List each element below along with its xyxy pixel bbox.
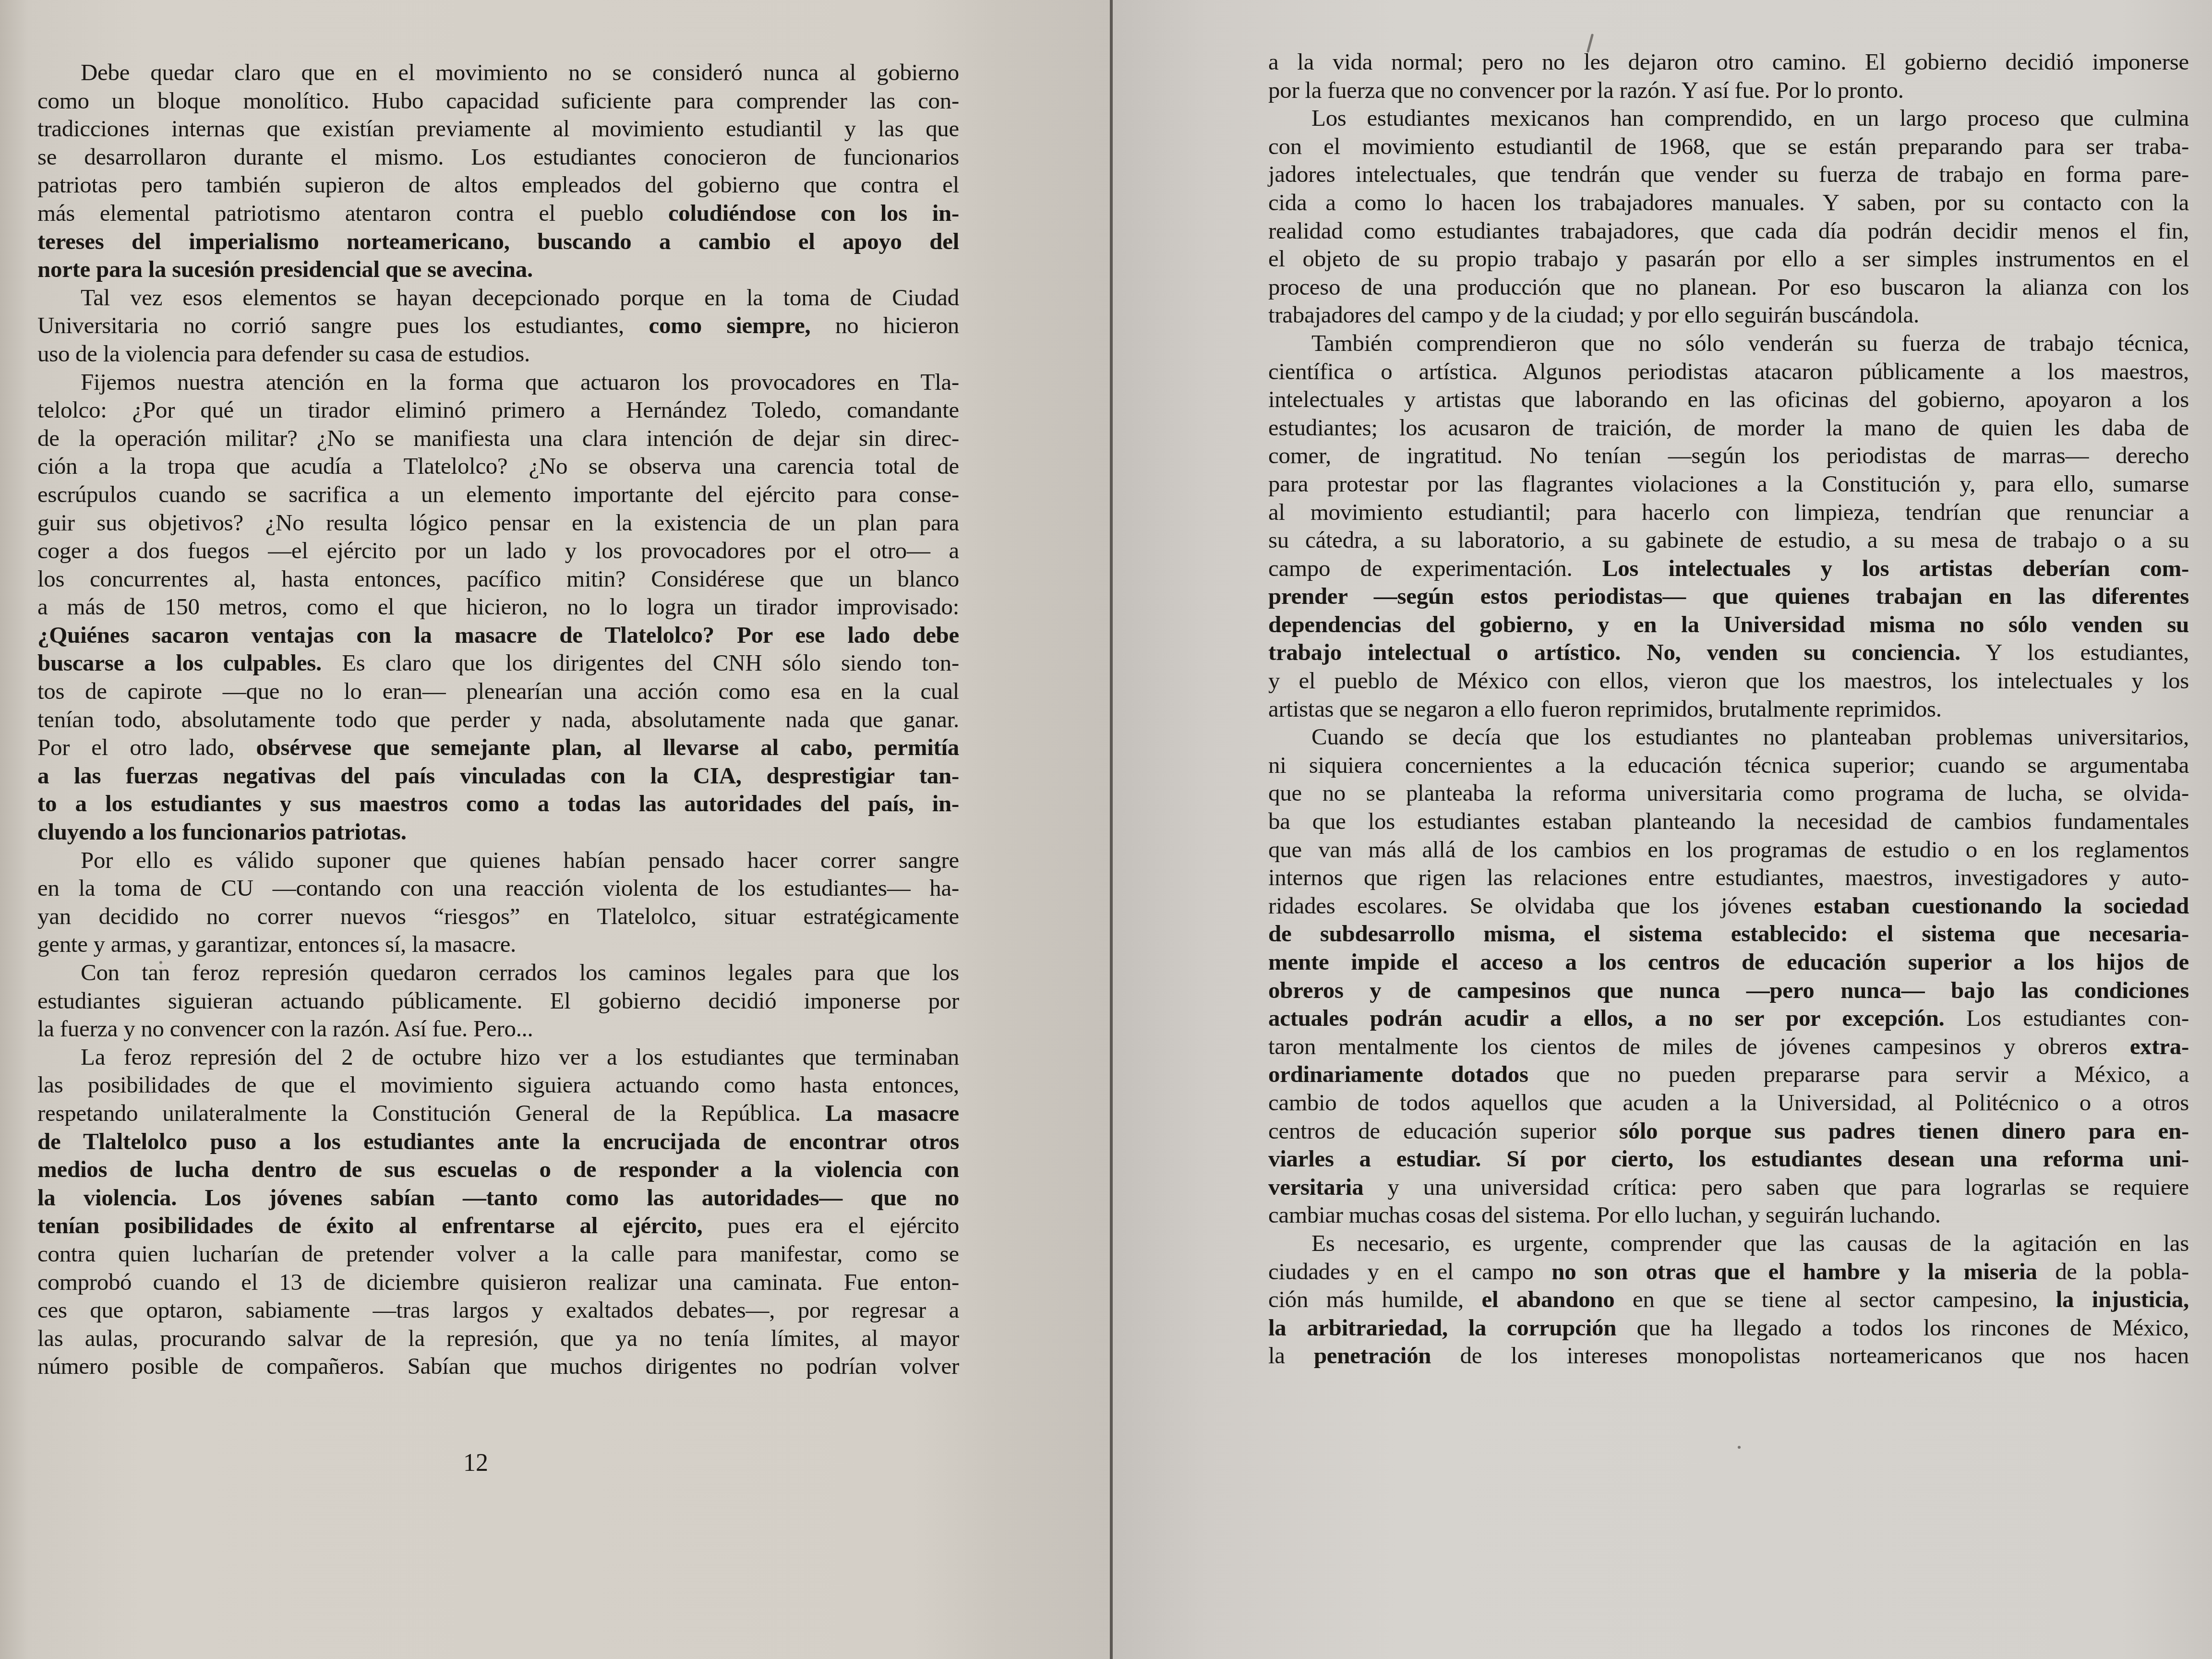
text-run: realidad como estudiantes trabajadores, … <box>1268 217 2189 244</box>
text-run: no hicieron <box>810 312 959 338</box>
bold-text-run: de subdesarrollo misma, el sistema estab… <box>1268 920 2189 947</box>
text-line: proceso de una producción que no planean… <box>1268 273 2189 301</box>
bold-text-run: tenían posibilidades de éxito al enfrent… <box>37 1212 702 1238</box>
text-line: más elemental patriotismo atentaron cont… <box>37 199 959 228</box>
text-line: cambiar muchas cosas del sistema. Por el… <box>1268 1201 2189 1229</box>
text-line: de Tlaltelolco puso a los estudiantes an… <box>37 1128 959 1156</box>
text-run: estudiantes siguieran actuando públicame… <box>37 987 959 1014</box>
text-line: telolco: ¿Por qué un tirador eliminó pri… <box>37 396 959 424</box>
text-run: Cuando se decía que los estudiantes no p… <box>1311 723 2189 750</box>
text-line: medios de lucha dentro de sus escuelas o… <box>37 1155 959 1184</box>
text-line: la violencia. Los jóvenes sabían —tanto … <box>37 1184 959 1212</box>
text-line: realidad como estudiantes trabajadores, … <box>1268 217 2189 245</box>
text-run: con el movimiento estudiantil de 1968, q… <box>1268 133 2189 159</box>
text-run: ridades escolares. Se olvidaba que los j… <box>1268 892 1814 919</box>
text-run: Es claro que los dirigentes del CNH sólo… <box>322 649 959 676</box>
text-line: taron mentalmente los cientos de miles d… <box>1268 1033 2189 1061</box>
bold-text-run: ordinariamente dotados <box>1268 1061 1528 1087</box>
text-run: al movimiento estudiantil; para hacerlo … <box>1268 499 2189 525</box>
text-run: más elemental patriotismo atentaron cont… <box>37 200 668 226</box>
text-run: escrúpulos cuando se sacrifica a un elem… <box>37 481 959 507</box>
text-run: la fuerza y no convencer con la razón. A… <box>37 1015 533 1042</box>
text-run: número posible de compañeros. Sabían que… <box>37 1353 959 1379</box>
text-line: ces que optaron, sabiamente —tras largos… <box>37 1296 959 1324</box>
text-run: La feroz represión del 2 de octubre hizo… <box>81 1044 959 1070</box>
text-line: Fijemos nuestra atención en la forma que… <box>37 368 959 397</box>
text-line: cida a como lo hacen los trabajadores ma… <box>1268 189 2189 217</box>
text-run: Y los estudiantes, <box>1960 639 2189 665</box>
text-line: ordinariamente dotados que no pueden pre… <box>1268 1060 2189 1089</box>
bold-text-run: obsérvese que semejante plan, al llevars… <box>256 734 959 760</box>
text-line: patriotas pero también supieron de altos… <box>37 171 959 199</box>
text-line: tenían todo, absolutamente todo que perd… <box>37 706 959 734</box>
text-line: viarles a estudiar. Sí por cierto, los e… <box>1268 1145 2189 1173</box>
text-line: to a los estudiantes y sus maestros como… <box>37 790 959 818</box>
bold-text-run: no son otras que el hambre y la miseria <box>1551 1258 2037 1285</box>
text-run: internos que rigen las relaciones entre … <box>1268 864 2189 890</box>
text-run: de los intereses monopolistas norteameri… <box>1431 1342 2189 1369</box>
text-line: número posible de compañeros. Sabían que… <box>37 1352 959 1381</box>
text-line: ba que los estudiantes estaban planteand… <box>1268 807 2189 836</box>
bold-text-run: como siempre, <box>649 312 811 338</box>
text-line: mente impide el acceso a los centros de … <box>1268 948 2189 976</box>
text-line: La feroz represión del 2 de octubre hizo… <box>37 1043 959 1071</box>
text-run: la <box>1268 1342 1314 1369</box>
bold-text-run: to a los estudiantes y sus maestros como… <box>37 790 959 817</box>
text-run: y una universidad crítica: pero saben qu… <box>1363 1174 2189 1200</box>
text-line: estudiantes siguieran actuando públicame… <box>37 987 959 1015</box>
text-run: trabajadores del campo y de la ciudad; y… <box>1268 301 1919 328</box>
text-line: guir sus objetivos? ¿No resulta lógico p… <box>37 509 959 537</box>
text-line: intelectuales y artistas que laborando e… <box>1268 385 2189 414</box>
text-line: científica o artística. Algunos periodis… <box>1268 358 2189 386</box>
text-line: estudiantes; los acusaron de traición, d… <box>1268 414 2189 442</box>
text-line: ni siquiera concernientes a la educación… <box>1268 751 2189 780</box>
text-run: para protestar por las flagrantes violac… <box>1268 470 2189 497</box>
text-line: trabajadores del campo y de la ciudad; y… <box>1268 301 2189 329</box>
text-run: cida a como lo hacen los trabajadores ma… <box>1268 189 2189 216</box>
text-run: los concurrentes al, hasta entonces, pac… <box>37 565 959 592</box>
page-number-left: 12 <box>463 1449 488 1477</box>
text-run: tos de capirote —que no lo eran— plenear… <box>37 678 959 704</box>
text-run: científica o artística. Algunos periodis… <box>1268 358 2189 385</box>
bold-text-run: cluyendo a los funcionarios patriotas. <box>37 818 407 845</box>
book-gutter <box>1110 0 1113 1659</box>
text-line: que van más allá de los cambios en los p… <box>1268 836 2189 864</box>
text-line: ción más humilde, el abandono en que se … <box>1268 1286 2189 1314</box>
text-run: proceso de una producción que no planean… <box>1268 274 2189 300</box>
text-line: Los estudiantes mexicanos han comprendid… <box>1268 104 2189 132</box>
text-line: Por ello es válido suponer que quienes h… <box>37 846 959 875</box>
text-line: gente y armas, y garantizar, entonces sí… <box>37 930 959 959</box>
bold-text-run: la injusticia, <box>2056 1286 2189 1312</box>
text-line: ridades escolares. Se olvidaba que los j… <box>1268 892 2189 920</box>
text-line: Cuando se decía que los estudiantes no p… <box>1268 723 2189 751</box>
text-run: uso de la violencia para defender su cas… <box>37 340 530 367</box>
text-run: artistas que se negaron a ello fueron re… <box>1268 696 1942 722</box>
text-line: la arbitrariedad, la corrupción que ha l… <box>1268 1314 2189 1342</box>
bold-text-run: la violencia. Los jóvenes sabían —tanto … <box>37 1184 959 1211</box>
bold-text-run: actuales podrán acudir a ellos, a no ser… <box>1268 1005 1945 1031</box>
text-run: que no se planteaba la reforma universit… <box>1268 780 2189 806</box>
text-run: cambio de todos aquellos que acuden a la… <box>1268 1089 2189 1116</box>
text-line: su cátedra, a su laboratorio, a su gabin… <box>1268 526 2189 554</box>
text-run: pues era el ejército <box>702 1212 959 1238</box>
text-line: de subdesarrollo misma, el sistema estab… <box>1268 920 2189 948</box>
bold-text-run: de Tlaltelolco puso a los estudiantes an… <box>37 1128 959 1154</box>
text-run: que no pueden prepararse para servir a M… <box>1528 1061 2189 1087</box>
text-run: Es necesario, es urgente, comprender que… <box>1311 1230 2189 1256</box>
text-run: taron mentalmente los cientos de miles d… <box>1268 1033 2130 1059</box>
text-line: y el pueblo de México con ellos, vieron … <box>1268 667 2189 695</box>
text-line: Tal vez esos elementos se hayan decepcio… <box>37 284 959 312</box>
text-run: que van más allá de los cambios en los p… <box>1268 836 2189 863</box>
text-run: a la vida normal; pero no les dejaron ot… <box>1268 48 2189 75</box>
text-run: comprobó cuando el 13 de diciembre quisi… <box>37 1269 959 1295</box>
bold-text-run: coludiéndose con los in- <box>668 200 959 226</box>
text-line: las aulas, procurando salvar de la repre… <box>37 1324 959 1353</box>
text-line: prender —según estos periodistas— que qu… <box>1268 582 2189 611</box>
text-run: de la pobla- <box>2037 1258 2189 1285</box>
text-line: comprobó cuando el 13 de diciembre quisi… <box>37 1268 959 1297</box>
text-line: cluyendo a los funcionarios patriotas. <box>37 818 959 846</box>
bold-text-run: medios de lucha dentro de sus escuelas o… <box>37 1156 959 1182</box>
text-line: internos que rigen las relaciones entre … <box>1268 864 2189 892</box>
text-line: versitaria y una universidad crítica: pe… <box>1268 1173 2189 1202</box>
text-run: las posibilidades de que el movimiento s… <box>37 1071 959 1098</box>
bold-text-run: trabajo intelectual o artístico. No, ven… <box>1268 639 1960 665</box>
text-line: por la fuerza que no convencer por la ra… <box>1268 76 2189 105</box>
text-run: de la operación militar? ¿No se manifies… <box>37 425 959 451</box>
text-run: ciudades y en el campo <box>1268 1258 1551 1285</box>
text-line: tereses del imperialismo norteamericano,… <box>37 228 959 256</box>
bold-text-run: la arbitrariedad, la corrupción <box>1268 1314 1616 1341</box>
text-run: tenían todo, absolutamente todo que perd… <box>37 706 959 733</box>
text-run: intelectuales y artistas que laborando e… <box>1268 386 2189 412</box>
text-run: como un bloque monolítico. Hubo capacida… <box>37 87 959 114</box>
text-line: Con tan feroz represión quedaron cerrado… <box>37 959 959 987</box>
text-line: las posibilidades de que el movimiento s… <box>37 1071 959 1099</box>
text-run: patriotas pero también supieron de altos… <box>37 171 959 198</box>
text-line: dependencias del gobierno, y en la Unive… <box>1268 611 2189 639</box>
text-line: actuales podrán acudir a ellos, a no ser… <box>1268 1004 2189 1033</box>
bold-text-run: prender —según estos periodistas— que qu… <box>1268 583 2189 609</box>
bold-text-run: obreros y de campesinos que nunca —pero … <box>1268 977 2189 1003</box>
text-run: coger a dos fuegos —el ejército por un l… <box>37 537 959 564</box>
text-line: en la toma de CU —contando con una reacc… <box>37 874 959 902</box>
bold-text-run: versitaria <box>1268 1174 1363 1200</box>
text-line: respetando unilateralmente la Constituci… <box>37 1099 959 1128</box>
text-line: campo de experimentación. Los intelectua… <box>1268 554 2189 583</box>
text-run: ción más humilde, <box>1268 1286 1482 1312</box>
bold-text-run: extra- <box>2130 1033 2189 1059</box>
text-line: Es necesario, es urgente, comprender que… <box>1268 1229 2189 1258</box>
text-line: coger a dos fuegos —el ejército por un l… <box>37 537 959 565</box>
text-run: También comprendieron que no sólo vender… <box>1311 330 2189 356</box>
text-run: jadores intelectuales, que tendrán que v… <box>1268 161 2189 187</box>
text-line: escrúpulos cuando se sacrifica a un elem… <box>37 481 959 509</box>
text-line: tenían posibilidades de éxito al enfrent… <box>37 1212 959 1240</box>
text-line: jadores intelectuales, que tendrán que v… <box>1268 160 2189 189</box>
text-run: el objeto de su propio trabajo y pasarán… <box>1268 245 2189 272</box>
text-run: ción a la tropa que acudía a Tlatelolco?… <box>37 453 959 479</box>
text-run: Por el otro lado, <box>37 734 256 760</box>
text-line: a la vida normal; pero no les dejaron ot… <box>1268 48 2189 76</box>
text-run: campo de experimentación. <box>1268 555 1602 581</box>
text-line: el objeto de su propio trabajo y pasarán… <box>1268 245 2189 273</box>
text-line: comer, de ingratitud. No tenían —según l… <box>1268 442 2189 470</box>
text-line: También comprendieron que no sólo vender… <box>1268 329 2189 358</box>
text-line: centros de educación superior sólo porqu… <box>1268 1117 2189 1145</box>
right-page-text: a la vida normal; pero no les dejaron ot… <box>1268 48 2189 1370</box>
text-run: cambiar muchas cosas del sistema. Por el… <box>1268 1202 1941 1228</box>
text-run: por la fuerza que no convencer por la ra… <box>1268 77 1904 103</box>
text-line: la fuerza y no convencer con la razón. A… <box>37 1015 959 1043</box>
text-run: yan decidido no correr nuevos “riesgos” … <box>37 903 959 929</box>
bold-text-run: sólo porque sus padres tienen dinero par… <box>1619 1118 2189 1144</box>
text-line: obreros y de campesinos que nunca —pero … <box>1268 976 2189 1005</box>
text-line: Por el otro lado, obsérvese que semejant… <box>37 733 959 762</box>
text-line: los concurrentes al, hasta entonces, pac… <box>37 565 959 593</box>
text-line: yan decidido no correr nuevos “riesgos” … <box>37 902 959 931</box>
bold-text-run: a las fuerzas negativas del país vincula… <box>37 762 959 789</box>
text-run: Fijemos nuestra atención en la forma que… <box>81 369 959 395</box>
text-line: artistas que se negaron a ello fueron re… <box>1268 695 2189 723</box>
text-line: de la operación militar? ¿No se manifies… <box>37 424 959 453</box>
bold-text-run: tereses del imperialismo norteamericano,… <box>37 228 959 254</box>
bold-text-run: ¿Quiénes sacaron ventajas con la masacre… <box>37 622 959 648</box>
bold-text-run: Los intelectuales y los artistas debería… <box>1602 555 2189 581</box>
text-line: uso de la violencia para defender su cas… <box>37 340 959 368</box>
text-run: ni siquiera concernientes a la educación… <box>1268 752 2189 778</box>
text-line: a las fuerzas negativas del país vincula… <box>37 762 959 790</box>
text-run: su cátedra, a su laboratorio, a su gabin… <box>1268 527 2189 553</box>
text-line: ciudades y en el campo no son otras que … <box>1268 1258 2189 1286</box>
text-run: que ha llegado a todos los rincones de M… <box>1616 1314 2189 1341</box>
bold-text-run: mente impide el acceso a los centros de … <box>1268 949 2189 975</box>
text-run: se desarrollaron durante el mismo. Los e… <box>37 144 959 170</box>
text-run: centros de educación superior <box>1268 1118 1619 1144</box>
text-run: Los estudiantes mexicanos han comprendid… <box>1311 105 2189 131</box>
bold-text-run: el abandono <box>1482 1286 1615 1312</box>
text-run: gente y armas, y garantizar, entonces sí… <box>37 931 516 957</box>
left-page: Debe quedar claro que en el movimiento n… <box>0 0 1113 1659</box>
text-run: Tal vez esos elementos se hayan decepcio… <box>81 284 959 311</box>
left-page-text: Debe quedar claro que en el movimiento n… <box>37 59 959 1381</box>
bold-text-run: buscarse a los culpables. <box>37 649 322 676</box>
text-line: al movimiento estudiantil; para hacerlo … <box>1268 498 2189 527</box>
text-line: tradicciones internas que existían previ… <box>37 115 959 143</box>
paper-speck <box>159 961 162 964</box>
text-run: Universitaria no corrió sangre pues los … <box>37 312 649 338</box>
text-run: telolco: ¿Por qué un tirador eliminó pri… <box>37 397 959 423</box>
text-run: tradicciones internas que existían previ… <box>37 115 959 142</box>
bold-text-run: dependencias del gobierno, y en la Unive… <box>1268 611 2189 637</box>
text-line: cambio de todos aquellos que acuden a la… <box>1268 1089 2189 1117</box>
text-line: como un bloque monolítico. Hubo capacida… <box>37 87 959 115</box>
text-run: Debe quedar claro que en el movimiento n… <box>81 59 959 85</box>
text-run: a más de 150 metros, como el que hiciero… <box>37 593 959 620</box>
text-line: ¿Quiénes sacaron ventajas con la masacre… <box>37 621 959 649</box>
text-run: en la toma de CU —contando con una reacc… <box>37 875 959 901</box>
text-run: respetando unilateralmente la Constituci… <box>37 1100 825 1126</box>
text-line: con el movimiento estudiantil de 1968, q… <box>1268 132 2189 161</box>
text-run: Los estudiantes con- <box>1945 1005 2189 1031</box>
text-run: ces que optaron, sabiamente —tras largos… <box>37 1297 959 1323</box>
text-line: para protestar por las flagrantes violac… <box>1268 470 2189 498</box>
bold-text-run: norte para la sucesión presidencial que … <box>37 256 533 282</box>
text-line: Debe quedar claro que en el movimiento n… <box>37 59 959 87</box>
text-line: norte para la sucesión presidencial que … <box>37 255 959 284</box>
text-line: que no se planteaba la reforma universit… <box>1268 779 2189 807</box>
bold-text-run: viarles a estudiar. Sí por cierto, los e… <box>1268 1145 2189 1172</box>
text-line: contra quien lucharían de pretender volv… <box>37 1240 959 1268</box>
text-run: Por ello es válido suponer que quienes h… <box>81 847 959 873</box>
bold-text-run: La masacre <box>825 1100 959 1126</box>
text-run: ba que los estudiantes estaban planteand… <box>1268 808 2189 834</box>
text-line: trabajo intelectual o artístico. No, ven… <box>1268 638 2189 667</box>
text-line: Universitaria no corrió sangre pues los … <box>37 312 959 340</box>
text-run: las aulas, procurando salvar de la repre… <box>37 1325 959 1351</box>
text-line: ción a la tropa que acudía a Tlatelolco?… <box>37 452 959 481</box>
text-line: se desarrollaron durante el mismo. Los e… <box>37 143 959 171</box>
text-line: tos de capirote —que no lo eran— plenear… <box>37 677 959 706</box>
bold-text-run: estaban cuestionando la sociedad <box>1814 892 2189 919</box>
text-run: Con tan feroz represión quedaron cerrado… <box>81 959 959 986</box>
text-run: guir sus objetivos? ¿No resulta lógico p… <box>37 509 959 536</box>
text-line: buscarse a los culpables. Es claro que l… <box>37 649 959 677</box>
text-run: en que se tiene al sector campesino, <box>1615 1286 2056 1312</box>
paper-speck <box>1738 1446 1741 1449</box>
bold-text-run: penetración <box>1314 1342 1431 1369</box>
text-run: comer, de ingratitud. No tenían —según l… <box>1268 442 2189 469</box>
text-run: y el pueblo de México con ellos, vieron … <box>1268 667 2189 694</box>
text-run: contra quien lucharían de pretender volv… <box>37 1240 959 1267</box>
text-line: la penetración de los intereses monopoli… <box>1268 1342 2189 1370</box>
text-run: estudiantes; los acusaron de traición, d… <box>1268 414 2189 441</box>
text-line: a más de 150 metros, como el que hiciero… <box>37 593 959 621</box>
